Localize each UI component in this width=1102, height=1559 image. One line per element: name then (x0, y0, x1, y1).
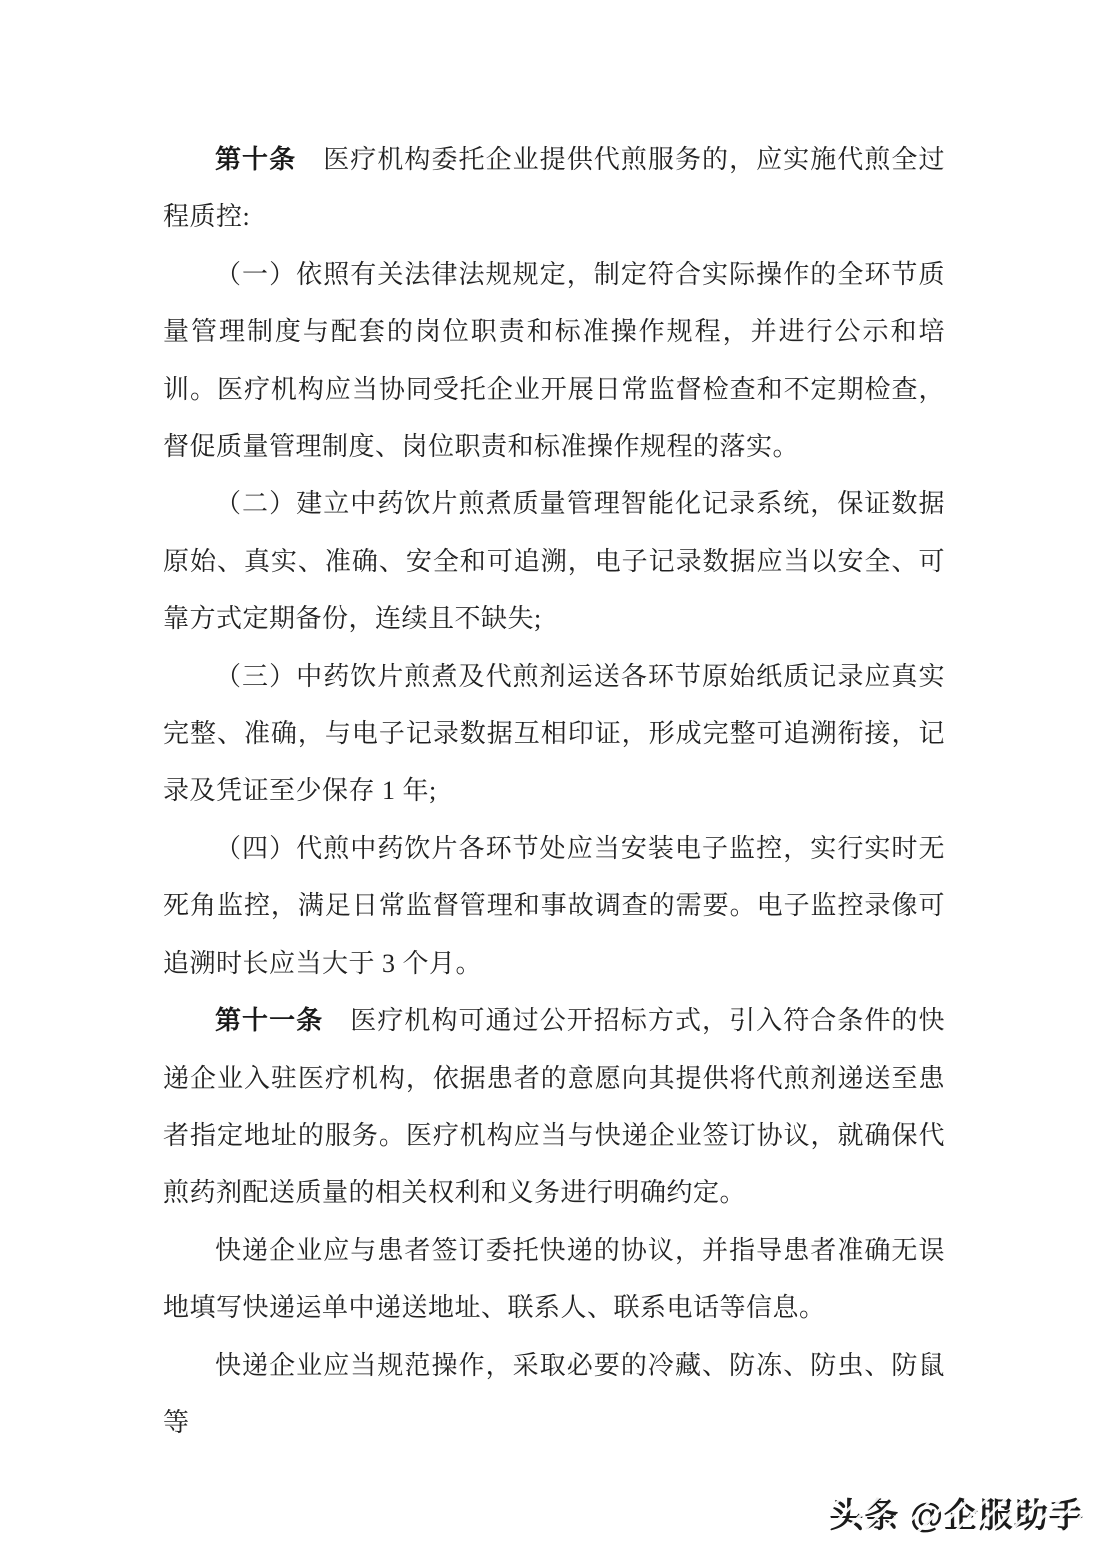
paragraph: （一）依照有关法律法规规定，制定符合实际操作的全环节质量管理制度与配套的岗位职责… (163, 246, 945, 476)
watermark: 头条 @企服助手 (829, 1494, 1084, 1538)
paragraph: （二）建立中药饮片煎煮质量管理智能化记录系统，保证数据原始、真实、准确、安全和可… (163, 475, 945, 647)
article-number: 第十条 (215, 144, 296, 174)
paragraph: （三）中药饮片煎煮及代煎剂运送各环节原始纸质记录应真实完整、准确，与电子记录数据… (163, 648, 945, 820)
document-body: 第十条 医疗机构委托企业提供代煎服务的，应实施代煎全过程质控:（一）依照有关法律… (163, 131, 945, 1451)
document-page: 第十条 医疗机构委托企业提供代煎服务的，应实施代煎全过程质控:（一）依照有关法律… (0, 0, 1102, 1559)
paragraph: （四）代煎中药饮片各环节处应当安装电子监控，实行实时无死角监控，满足日常监督管理… (163, 820, 945, 992)
paragraph: 快递企业应与患者签订委托快递的协议，并指导患者准确无误地填写快递运单中递送地址、… (163, 1222, 945, 1337)
article-number: 第十一条 (215, 1005, 323, 1035)
paragraph: 第十条 医疗机构委托企业提供代煎服务的，应实施代煎全过程质控: (163, 131, 945, 246)
paragraph: 第十一条 医疗机构可通过公开招标方式，引入符合条件的快递企业入驻医疗机构，依据患… (163, 992, 945, 1222)
paragraph: 快递企业应当规范操作，采取必要的冷藏、防冻、防虫、防鼠等 (163, 1337, 945, 1452)
